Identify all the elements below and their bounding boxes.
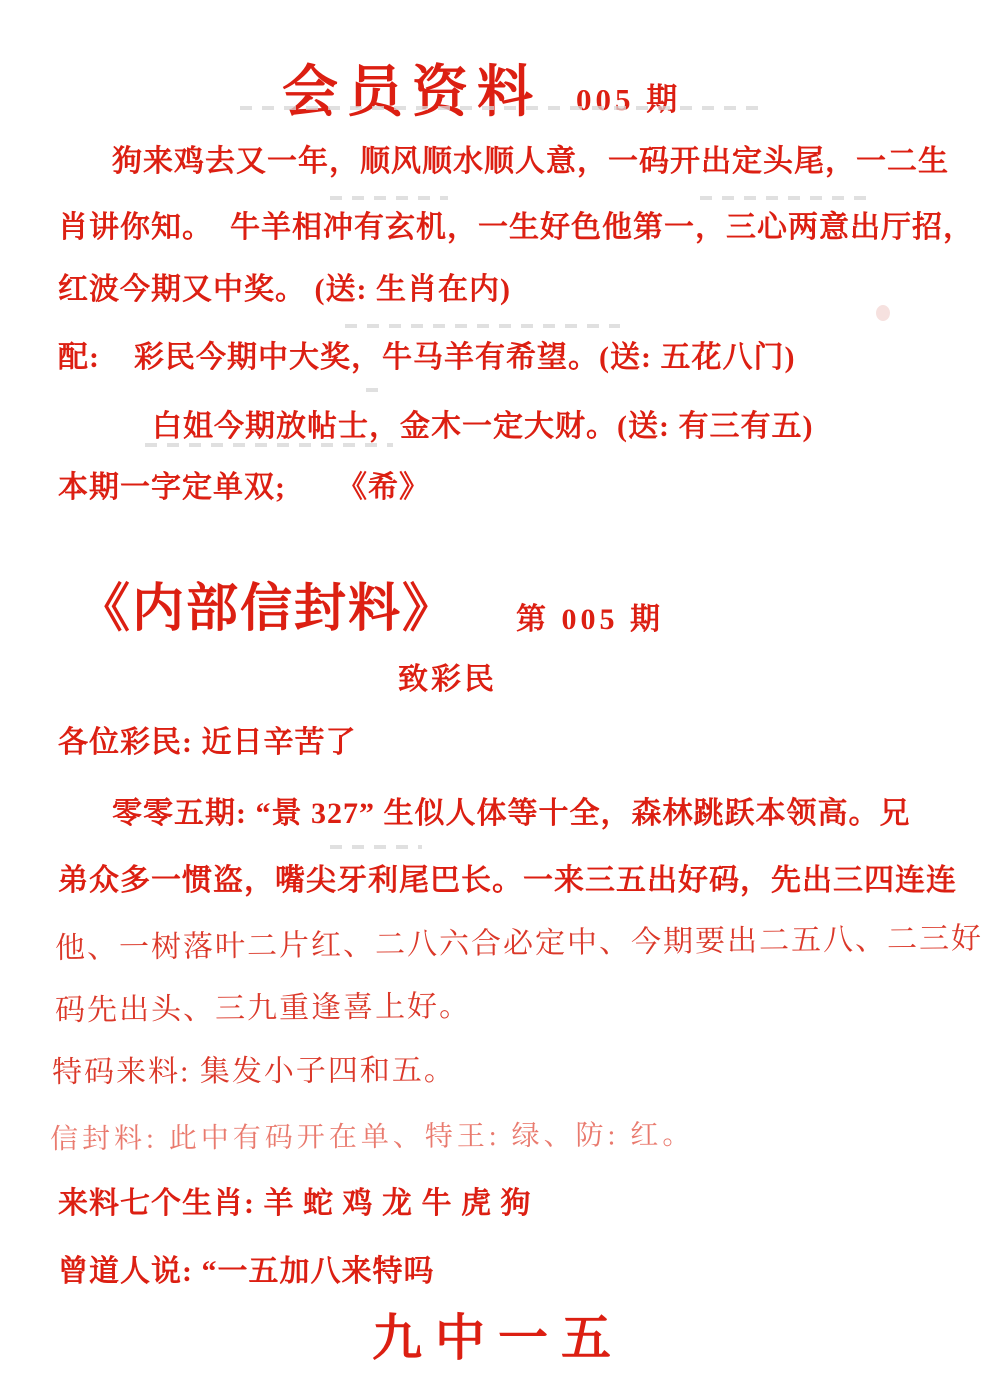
scan-smudge (876, 305, 890, 321)
member-line: 红波今期又中奖。 (送: 生肖在内) (58, 264, 511, 308)
footer-prediction: 九中一五 (372, 1298, 624, 1370)
envelope-section-issue: 第 005 期 (516, 594, 664, 638)
member-section-issue: 005 期 (576, 74, 681, 119)
member-line: 本期一字定单双; 《希》 (58, 462, 430, 506)
envelope-section-title: 《内部信封料》 (78, 566, 456, 641)
scan-artifact (330, 845, 422, 849)
envelope-line: 曾道人说: “一五加八来特吗 (58, 1246, 435, 1290)
scan-artifact (700, 196, 868, 200)
member-line: 白姐今期放帖士，金木一定大财。(送: 有三有五) (152, 401, 813, 445)
member-line: 狗来鸡去又一年，顺风顺水顺人意，一码开出定头尾，一二生 (112, 136, 949, 180)
envelope-greeting: 各位彩民: 近日辛苦了 (58, 717, 357, 761)
scanned-tip-sheet-page: 会员资料 005 期 狗来鸡去又一年，顺风顺水顺人意，一码开出定头尾，一二生 肖… (0, 0, 997, 1388)
scan-artifact (345, 324, 620, 328)
envelope-line-faded: 信封料: 此中有码开在单、特王: 绿、防: 红。 (50, 1113, 695, 1157)
envelope-line: 弟众多一惯盗，嘴尖牙利尾巴长。一来三五出好码，先出三四连连 (58, 855, 957, 899)
envelope-line-handwritten: 他、一树落叶二片红、二八六合必定中、今期要出二五八、二三好 (55, 913, 983, 967)
scan-artifact (330, 196, 448, 200)
member-line: 肖讲你知。 牛羊相冲有玄机，一生好色他第一，三心两意出厅招， (58, 202, 974, 246)
scan-artifact (240, 106, 760, 110)
envelope-salutation: 致彩民 (398, 654, 497, 698)
member-line: 配: 彩民今期中大奖，牛马羊有希望。(送: 五花八门) (58, 332, 795, 376)
envelope-line-handwritten: 特码来料: 集发小子四和五。 (52, 1045, 456, 1091)
envelope-line-handwritten: 码先出头、三九重逢喜上好。 (55, 981, 471, 1029)
scan-artifact (366, 388, 388, 392)
envelope-line: 零零五期: “景 327” 生似人体等十全，森林跳跃本领高。兄 (112, 788, 911, 832)
envelope-line: 来料七个生肖: 羊 蛇 鸡 龙 牛 虎 狗 (58, 1178, 532, 1222)
member-section-title: 会员资料 (282, 48, 542, 128)
